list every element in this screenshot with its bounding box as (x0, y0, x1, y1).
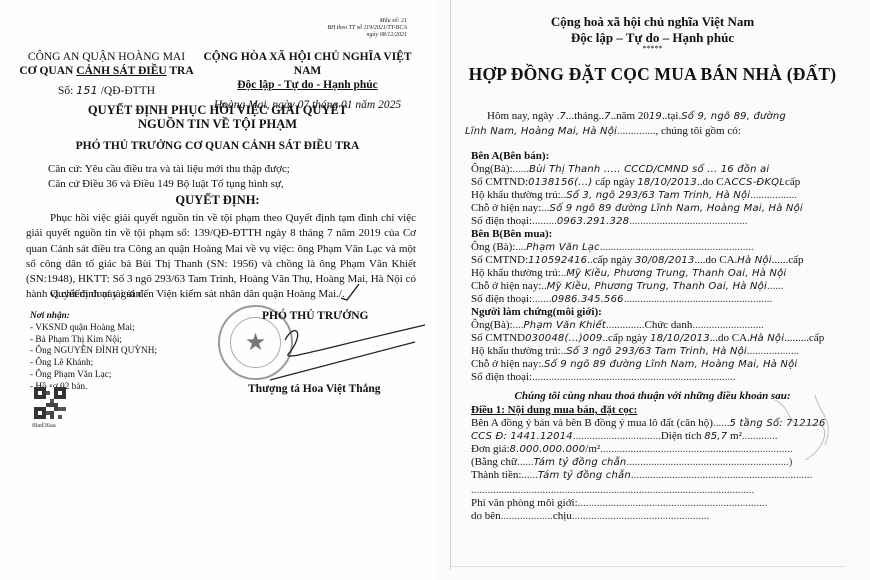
value: 0963.291.328 (557, 216, 629, 227)
label: Chức danh (645, 319, 693, 331)
label: ..năm 20 (611, 110, 649, 122)
year-value: 19 (649, 111, 662, 122)
decision-document: Mẫu số: 21 BH theo TT số 119/2021/TT-BCA… (0, 0, 435, 580)
party-b-name: Ông (Bà):....Phạm Văn Lạc...............… (471, 241, 754, 254)
label: Thành tiền: (471, 469, 521, 481)
value: 30/08/2013 (635, 255, 695, 266)
intro-line2: Lĩnh Nam, Hoàng Mai, Hà Nội.............… (465, 125, 741, 138)
place-value: Số 9, ngõ 89, đường (681, 111, 786, 122)
number-handwritten: 151 (76, 84, 98, 97)
value: 0138156(...) (528, 177, 592, 188)
recipient-item: - Ông NGUYỄN ĐÌNH QUỲNH; (30, 346, 157, 358)
witness-name: Ông(Bà):....Phạm Văn Khiết..............… (471, 319, 764, 332)
party-a-name: Ông(Bà):......Bùi Thị Thanh ..... CCCD/C… (471, 163, 769, 176)
basis-item: Căn cứ: Yêu cầu điều tra và tài liệu mới… (48, 162, 290, 177)
label: Phí văn phòng môi giới: (471, 497, 578, 509)
signer-title: PHÓ THỦ TRƯỞNG (262, 310, 369, 322)
witness-heading: Người làm chứng(môi giới): (471, 306, 602, 319)
qr-caption: f8ad36aa (32, 422, 56, 429)
decision-heading: QUYẾT ĐỊNH: (0, 193, 435, 208)
national-header: Cộng hoà xã hội chủ nghĩa Việt Nam Độc l… (435, 14, 870, 46)
label: Chỗ ở hiện nay: (471, 202, 541, 214)
party-a-phone: Số điện thoại:.........0963.291.328.....… (471, 215, 748, 228)
recipients-heading: Nơi nhận: (30, 311, 157, 323)
value: CCS Đ: 1441.12014 (471, 431, 573, 442)
state-name: CỘNG HÒA XÃ HỘI CHỦ NGHĨA VIỆT NAM (200, 50, 415, 78)
title-line1: QUYẾT ĐỊNH PHỤC HỒI VIỆC GIẢI QUYẾT (0, 103, 435, 117)
witness-id: Số CMTND030048(...)009..cấp ngày 18/10/2… (471, 332, 824, 345)
basis-item: Căn cứ Điều 36 và Điều 149 Bộ luật Tố tụ… (48, 177, 290, 192)
label: cấp ngày (593, 254, 632, 266)
value: Mỹ Kiều, Phương Trung, Thanh Oai, Hà Nội (547, 281, 767, 292)
legal-basis: Căn cứ: Yêu cầu điều tra và tài liệu mới… (48, 162, 290, 192)
label: Hộ khẩu thường trú: (471, 345, 561, 357)
label: Ông (Bà): (471, 241, 515, 253)
label: Ông(Bà): (471, 163, 513, 175)
value: Hà Nội (750, 333, 784, 344)
signature-icon (240, 322, 430, 382)
send-to-line: Quyết định này gửi đến Viện kiểm sát nhâ… (50, 288, 345, 300)
form-date: ngày 08/12/2021 (327, 32, 407, 39)
handwritten-tick-icon (340, 283, 360, 301)
article1-unit-price: Đơn giá:8.000.000.000/m²................… (471, 443, 793, 456)
value: Số 9 ngõ 89 đường Lĩnh Nam, Hoàng Mai, H… (550, 203, 803, 214)
label: Số CMTND: (471, 176, 528, 188)
agency-suffix: TRA (167, 65, 194, 77)
value: Phạm Văn Khiết (524, 320, 606, 331)
value: Tám tỷ đồng chẵn (533, 457, 626, 468)
label: ....do CA. (695, 254, 738, 266)
value: Số 9 ngõ 89 đường Lĩnh Nam, Hoàng Mai, H… (544, 359, 797, 370)
title-line2: NGUỒN TIN VỀ TỘI PHẠM (0, 117, 435, 131)
label: Hôm nay, ngày (487, 110, 557, 122)
label: .........cấp (784, 332, 824, 344)
agency-line2: CƠ QUAN CẢNH SÁT ĐIỀU TRA (14, 64, 199, 78)
value: 0986.345.566 (551, 294, 623, 305)
label: ......cấp (772, 254, 804, 266)
witness-residence: Hộ khẩu thường trú:..Số 3 ngõ 293/63 Tam… (471, 345, 799, 358)
value: 8.000.000.000 (510, 444, 586, 455)
recipient-item: - VKSND quận Hoàng Mai; (30, 323, 157, 335)
label: chịu (553, 510, 572, 522)
article1-in-words: (Bằng chữ......Tám tỷ đồng chẵn.........… (471, 456, 792, 469)
label: ..tại. (662, 110, 681, 122)
label: ...do CA. (710, 332, 750, 344)
separator-stars: ***** (435, 44, 870, 53)
label: do bên (471, 510, 501, 522)
party-b-phone: Số điện thoại:.......0986.345.566.......… (471, 293, 772, 306)
decision-subtitle: PHÓ THỦ TRƯỞNG CƠ QUAN CẢNH SÁT ĐIỀU TRA (0, 140, 435, 152)
number-label: Số: (58, 85, 76, 97)
article1-total: Thành tiền:......Tám tỷ đồng chẵn.......… (471, 469, 812, 482)
article1-heading: Điều 1: Nội dung mua bán, đặt cọc: (471, 404, 637, 417)
signer-name: Thượng tá Hoa Việt Thắng (248, 383, 381, 395)
agency-prefix: CƠ QUAN (19, 65, 76, 77)
label: ...tháng.. (566, 110, 604, 122)
label: (Bằng chữ (471, 456, 517, 468)
label: Số điện thoại: (471, 215, 532, 227)
label: Số CMTND (471, 332, 525, 344)
party-a-id: Số CMTND:0138156(...) cấp ngày 18/10/201… (471, 176, 800, 189)
qr-code-icon (34, 387, 66, 419)
party-b-current-address: Chỗ ở hiện nay:..Mỹ Kiều, Phương Trung, … (471, 280, 783, 293)
article1-broker-fee: Phí văn phòng môi giới:.................… (471, 497, 767, 510)
motto: Độc lập - Tự do - Hạnh phúc (200, 78, 415, 92)
value: CCS-ĐKQL (732, 177, 785, 188)
label: Bên A đồng ý bán và bên B đồng ý mua lô … (471, 417, 713, 429)
party-b-heading: Bên B(Bên mua): (471, 228, 552, 241)
value: 18/10/2013 (650, 333, 710, 344)
witness-current-address: Chỗ ở hiện nay:.Số 9 ngõ 89 đường Lĩnh N… (471, 358, 797, 371)
page-edge (450, 566, 845, 567)
agency-underlined: CẢNH SÁT ĐIỀU (76, 65, 167, 77)
label: Số CMTND: (471, 254, 528, 266)
label: Số điện thoại: (471, 371, 532, 383)
article1-line2: CCS Đ: 1441.12014.......................… (471, 430, 778, 443)
party-a-current-address: Chỗ ở hiện nay:...Số 9 ngõ 89 đường Lĩnh… (471, 202, 803, 215)
value: 030048(...)009 (525, 333, 602, 344)
label: Ông(Bà): (471, 319, 513, 331)
label: ..do CA (697, 176, 732, 188)
label: Chỗ ở hiện nay: (471, 358, 541, 370)
label: /m² (585, 443, 600, 455)
value: Hà Nội (737, 255, 771, 266)
article1-blank-line: ........................................… (471, 484, 754, 497)
value: 85,7 (704, 431, 727, 442)
form-number: Mẫu số: 21 (327, 18, 407, 25)
label: Hộ khẩu thường trú: (471, 189, 561, 201)
value: Số 3, ngõ 293/63 Tam Trinh, Hà Nội (566, 190, 750, 201)
recipient-item: - Bà Phạm Thị Kim Nội; (30, 335, 157, 347)
party-a-residence: Hộ khẩu thường trú:..Số 3, ngõ 293/63 Ta… (471, 189, 797, 202)
handwritten-mark-icon (765, 390, 845, 470)
label: Số điện thoại: (471, 293, 532, 305)
form-reference-note: Mẫu số: 21 BH theo TT số 119/2021/TT-BCA… (327, 18, 407, 39)
label: Chỗ ở hiện nay: (471, 280, 541, 292)
label: cấp (785, 176, 800, 188)
recipient-item: - Ông Phạm Văn Lạc; (30, 370, 157, 382)
recipients-list: Nơi nhận: - VKSND quận Hoàng Mai; - Bà P… (30, 311, 157, 394)
value: Số 3 ngõ 293/63 Tam Trinh, Hà Nội (566, 346, 747, 357)
label: ..cấp ngày (603, 332, 648, 344)
state-name: Cộng hoà xã hội chủ nghĩa Việt Nam (435, 14, 870, 30)
label: m² (730, 430, 742, 442)
value: 18/10/2013 (637, 177, 697, 188)
deposit-contract-document: Cộng hoà xã hội chủ nghĩa Việt Nam Độc l… (435, 0, 870, 580)
number-suffix: /QĐ-ĐTTH (98, 85, 155, 97)
label: Đơn giá: (471, 443, 510, 455)
value: Tám tỷ đồng chẵn (538, 470, 631, 481)
contract-title: HỢP ĐỒNG ĐẶT CỌC MUA BÁN NHÀ (ĐẤT) (435, 64, 870, 85)
party-b-residence: Hộ khẩu thường trú:..Mỹ Kiều, Phương Tru… (471, 267, 786, 280)
form-circular: BH theo TT số 119/2021/TT-BCA (327, 25, 407, 32)
label: , chúng tôi gồm có: (656, 125, 741, 137)
party-a-heading: Bên A(Bên bán): (471, 150, 549, 163)
document-number: Số: 151 /QĐ-ĐTTH (14, 84, 199, 98)
witness-phone: Số điện thoại:..........................… (471, 371, 736, 384)
value: 110592416 (528, 255, 587, 266)
decision-title: QUYẾT ĐỊNH PHỤC HỒI VIỆC GIẢI QUYẾT NGUỒ… (0, 103, 435, 131)
article1-paid-by: do bên...................chịu...........… (471, 510, 709, 523)
page-edge (450, 0, 451, 570)
place-value: Lĩnh Nam, Hoàng Mai, Hà Nội (465, 126, 617, 137)
value: Bùi Thị Thanh ..... CCCD/CMND số ... 16 … (529, 164, 769, 175)
label: Diện tích (661, 430, 702, 442)
recipient-item: - Ông Lê Khánh; (30, 358, 157, 370)
label: cấp ngày (595, 176, 634, 188)
party-b-id: Số CMTND:110592416..cấp ngày 30/08/2013.… (471, 254, 803, 267)
value: Phạm Văn Lạc (526, 242, 600, 253)
agency-line1: CÔNG AN QUẬN HOÀNG MAI (14, 50, 199, 64)
issuing-agency: CÔNG AN QUẬN HOÀNG MAI CƠ QUAN CẢNH SÁT … (14, 50, 199, 98)
label: Hộ khẩu thường trú: (471, 267, 561, 279)
intro-line1: Hôm nay, ngày .7...tháng..7..năm 2019..t… (487, 110, 786, 123)
value: Mỹ Kiều, Phương Trung, Thanh Oai, Hà Nội (566, 268, 786, 279)
